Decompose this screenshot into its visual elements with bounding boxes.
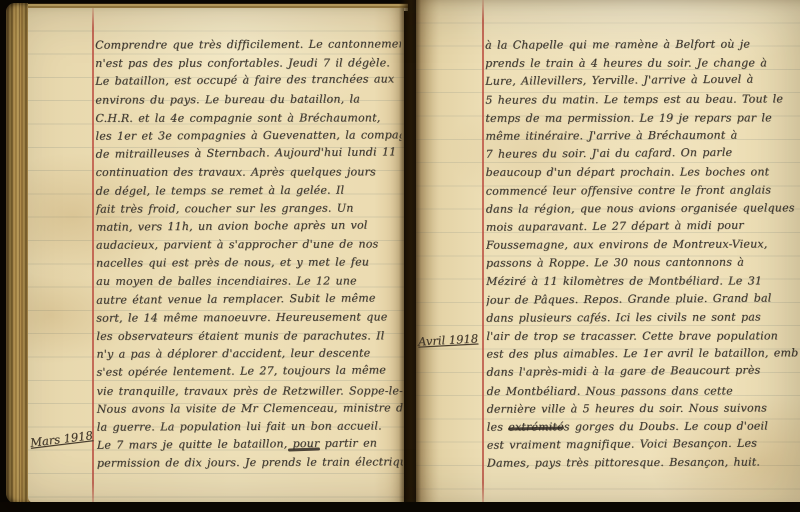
right-page: à la Chapelle qui me ramène à Belfort où… (416, 0, 800, 503)
book-scan: Comprendre que très difficilement. Le ca… (0, 0, 800, 512)
handwriting-line: jour de Pâques. Repos. Grande pluie. Gra… (486, 289, 798, 310)
handwriting-line: Dames, pays très pittoresque. Besançon, … (487, 454, 799, 474)
handwriting-line: est vraiment magnifique. Voici Besançon.… (487, 434, 799, 455)
handwriting-line: dans l'après-midi à la gare de Beaucourt… (486, 362, 798, 383)
scan-bottom-border (0, 502, 800, 512)
handwriting-line: dans la région, que nous avions organisé… (486, 199, 798, 219)
margin-note-mars-1918: Mars 1918 (29, 428, 93, 450)
handwriting-line: de Montbéliard. Nous passons dans cette (487, 382, 799, 401)
handwriting-line: 7 heures du soir. J'ai du cafard. On par… (485, 143, 797, 164)
handwriting-line: C.H.R. et la 4e compagnie sont à Bréchau… (95, 109, 401, 128)
handwriting-line: vie tranquille, travaux près de Retzwill… (97, 382, 403, 401)
handwriting-line: de mitrailleuses à Sternbach. Aujourd'hu… (95, 143, 401, 164)
handwriting-line: mois auparavant. Le 27 départ à midi pou… (486, 216, 798, 237)
left-page-handwriting: Comprendre que très difficilement. Le ca… (95, 35, 403, 473)
handwriting-line: à la Chapelle qui me ramène à Belfort où… (485, 35, 797, 55)
handwriting-line: commencé leur offensive contre le front … (486, 181, 798, 201)
handwriting-line: dans plusieurs cafés. Ici les civils ne … (486, 308, 798, 328)
left-page-margin-rule (92, 8, 94, 503)
handwriting-line: Le 7 mars je quitte le bataillon, pour p… (97, 434, 403, 455)
handwriting-line: beaucoup d'un départ prochain. Les boche… (486, 164, 798, 183)
left-page: Comprendre que très difficilement. Le ca… (28, 8, 404, 503)
handwriting-line: audacieux, parvient à s'approcher d'une … (96, 235, 402, 255)
handwriting-line: Foussemagne, aux environs de Montreux-Vi… (486, 235, 798, 255)
handwriting-line: les observateurs étaient munis de parach… (96, 327, 402, 346)
handwriting-line: passons à Roppe. Le 30 nous cantonnons à (486, 254, 798, 274)
handwriting-line: 5 heures du matin. Le temps est au beau.… (485, 90, 797, 110)
handwriting-line: environs du pays. Le bureau du bataillon… (95, 90, 401, 110)
right-page-margin-rule (482, 0, 484, 503)
handwriting-line: Le bataillon, est occupé à faire des tra… (95, 71, 401, 92)
handwriting-line: de dégel, le temps se remet à la gelée. … (96, 181, 402, 201)
handwriting-line: autre étant venue la remplacer. Subit le… (96, 289, 402, 310)
handwriting-line: nacelles qui est près de nous, et y met … (96, 254, 402, 274)
handwriting-line: s'est opérée lentement. Le 27, toujours … (96, 362, 402, 383)
right-page-handwriting: à la Chapelle qui me ramène à Belfort où… (485, 35, 799, 473)
handwriting-line: Comprendre que très difficilement. Le ca… (95, 35, 401, 55)
margin-note-avril-1918: Avril 1918 (418, 331, 479, 348)
handwriting-line: Lure, Aillevillers, Yerville. J'arrive à… (485, 71, 797, 92)
handwriting-line: l'air de trop se tracasser. Cette brave … (486, 327, 798, 346)
binding-gutter-shadow (399, 0, 421, 503)
handwriting-line: Nous avons la visite de Mr Clemenceau, m… (97, 399, 403, 419)
handwriting-line: continuation des travaux. Après quelques… (96, 164, 402, 183)
handwriting-line: dernière ville à 5 heures du soir. Nous … (487, 399, 799, 419)
handwriting-line: matin, vers 11h, un avion boche après un… (96, 216, 402, 237)
handwriting-line: sort, le 14 même manoeuvre. Heureusement… (96, 308, 402, 328)
handwriting-line: permission de dix jours. Je prends le tr… (97, 454, 403, 474)
handwriting-line: fait très froid, coucher sur les granges… (96, 199, 402, 219)
handwriting-line: temps de ma permission. Le 19 je repars … (485, 109, 797, 128)
